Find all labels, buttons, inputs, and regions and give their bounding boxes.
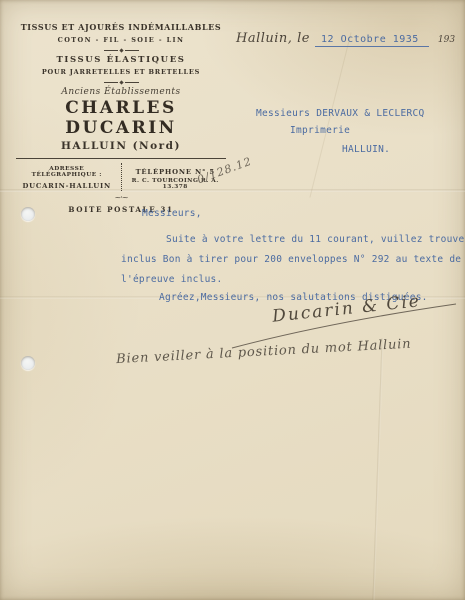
fold-crease-vertical [372, 338, 383, 600]
horizontal-rule [16, 158, 226, 159]
letterhead-products-line4: POUR JARRETELLES ET BRETELLES [14, 68, 228, 76]
ornament-divider [14, 81, 228, 84]
dateline: Halluin, le 12 Octobre 1935 193 [236, 27, 455, 46]
recipient-city: HALLUIN. [342, 144, 425, 155]
telegraph-label: ADRESSE TÉLÉGRAPHIQUE : [16, 166, 118, 178]
recipient-block: Messieurs DERVAUX & LECLERCQ Imprimerie … [256, 108, 425, 155]
body-paragraph-line3: l'épreuve inclus. [121, 274, 222, 285]
dateline-printed-prefix: Halluin, le [236, 31, 310, 46]
typed-date: 12 Octobre 1935 [315, 34, 429, 47]
company-name: CHARLES DUCARIN [14, 98, 228, 138]
ornament-divider [14, 49, 228, 52]
body-paragraph-line2: inclus Bon à tirer pour 200 enveloppes N… [121, 254, 461, 265]
company-city: HALLUIN (Nord) [14, 140, 228, 152]
recipient-name: Messieurs DERVAUX & LECLERCQ [256, 108, 425, 119]
letter-page: TISSUS ET AJOURÉS INDÉMAILLABLES COTON -… [0, 0, 465, 600]
telegraph-value: DUCARIN-HALLUIN [16, 182, 118, 190]
telegraph-column: ADRESSE TÉLÉGRAPHIQUE : DUCARIN-HALLUIN [14, 163, 120, 191]
recipient-business: Imprimerie [290, 125, 425, 136]
punch-hole-bottom [21, 356, 35, 370]
column-divider [121, 163, 122, 191]
letterhead-products-line1: TISSUS ET AJOURÉS INDÉMAILLABLES [14, 22, 228, 32]
body-salutation: Messieurs, [142, 208, 202, 219]
dateline-printed-year: 193 [434, 35, 455, 45]
letterhead-products-line3: TISSUS ÉLASTIQUES [14, 55, 228, 65]
handwritten-note: Bien veiller à la position du mot Hallui… [116, 334, 464, 367]
letterhead-products-line2: COTON - FIL - SOIE - LIN [14, 36, 228, 44]
letterhead-anciens-etablissements: Anciens Établissements [14, 87, 228, 97]
letterhead: TISSUS ET AJOURÉS INDÉMAILLABLES COTON -… [14, 22, 228, 214]
body-paragraph-line1: Suite à votre lettre du 11 courant, vuil… [166, 234, 465, 245]
squiggle-ornament: ~·~ [14, 193, 228, 202]
